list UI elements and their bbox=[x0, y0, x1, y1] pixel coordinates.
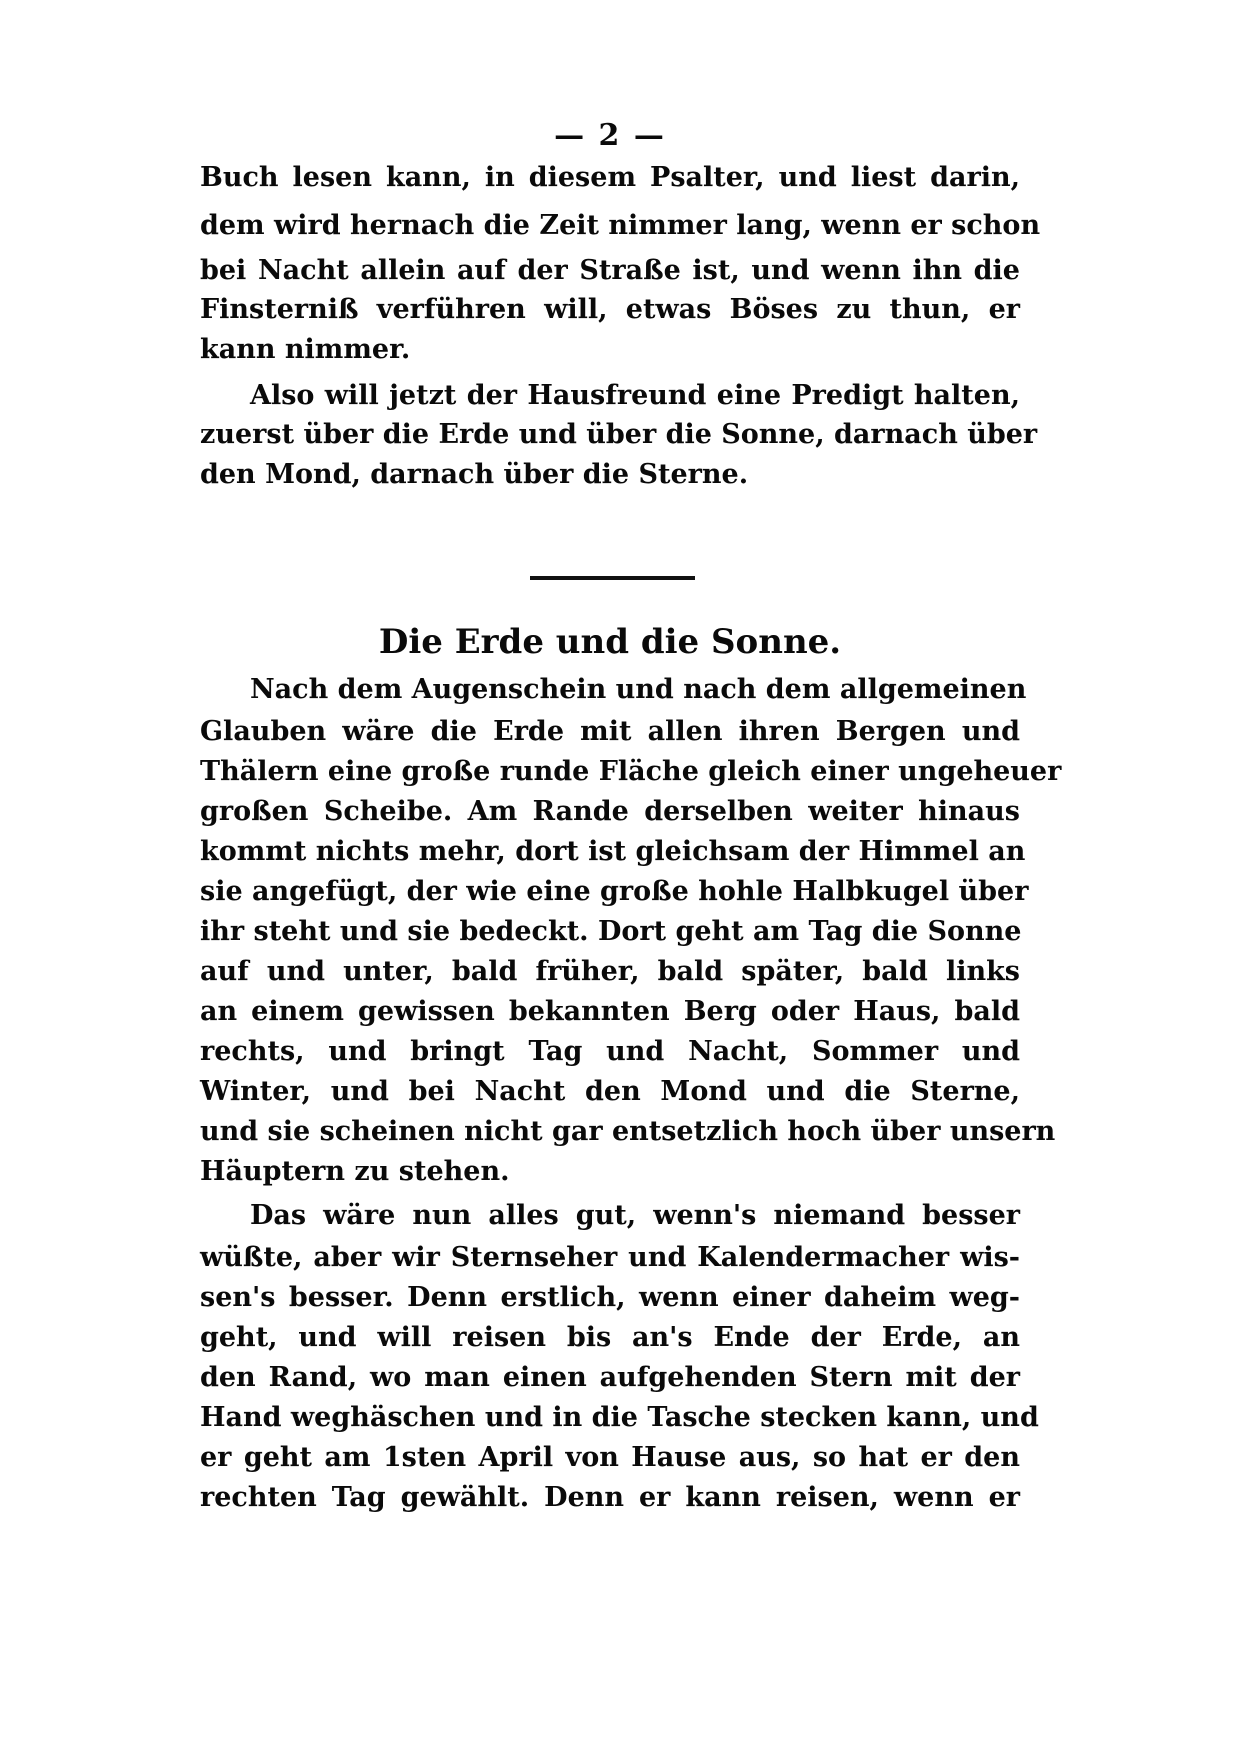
text-line: den Mond, darnach über die Sterne. bbox=[200, 455, 1020, 495]
text-line: Glauben wäre die Erde mit allen ihren Be… bbox=[200, 712, 1020, 752]
text-line: an einem gewissen bekannten Berg oder Ha… bbox=[200, 992, 1020, 1032]
text-line: Das wäre nun alles gut, wenn's niemand b… bbox=[200, 1196, 1020, 1236]
text-line: Finsterniß verführen will, etwas Böses z… bbox=[200, 290, 1020, 330]
text-line: kommt nichts mehr, dort ist gleichsam de… bbox=[200, 832, 1020, 872]
text-line: zuerst über die Erde und über die Sonne,… bbox=[200, 415, 1020, 455]
text-line: er geht am 1sten April von Hause aus, so… bbox=[200, 1438, 1020, 1478]
text-line: sen's besser. Denn erstlich, wenn einer … bbox=[200, 1278, 1020, 1318]
text-line: Winter, und bei Nacht den Mond und die S… bbox=[200, 1072, 1020, 1112]
text-line: geht, und will reisen bis an's Ende der … bbox=[200, 1318, 1020, 1358]
section-heading: Die Erde und die Sonne. bbox=[200, 620, 1020, 664]
section-separator bbox=[530, 576, 695, 580]
text-line: rechts, und bringt Tag und Nacht, Sommer… bbox=[200, 1032, 1020, 1072]
text-line: Häuptern zu stehen. bbox=[200, 1152, 1020, 1192]
text-line: Hand weghäschen und in die Tasche stecke… bbox=[200, 1398, 1020, 1438]
text-line: bei Nacht allein auf der Straße ist, und… bbox=[200, 251, 1020, 291]
page-number: — 2 — bbox=[200, 118, 1020, 153]
text-line: Buch lesen kann, in diesem Psalter, und … bbox=[200, 158, 1020, 198]
text-line: sie angefügt, der wie eine große hohle H… bbox=[200, 872, 1020, 912]
text-line: Also will jetzt der Hausfreund eine Pred… bbox=[200, 376, 1020, 416]
text-line: Thälern eine große runde Fläche gleich e… bbox=[200, 752, 1020, 792]
text-line: kann nimmer. bbox=[200, 330, 1020, 370]
text-line: ihr steht und sie bedeckt. Dort geht am … bbox=[200, 912, 1020, 952]
text-line: rechten Tag gewählt. Denn er kann reisen… bbox=[200, 1478, 1020, 1518]
text-line: und sie scheinen nicht gar entsetzlich h… bbox=[200, 1112, 1020, 1152]
text-line: großen Scheibe. Am Rande derselben weite… bbox=[200, 792, 1020, 832]
text-line: den Rand, wo man einen aufgehenden Stern… bbox=[200, 1358, 1020, 1398]
text-line: Nach dem Augenschein und nach dem allgem… bbox=[200, 670, 1020, 710]
text-line: wüßte, aber wir Sternseher und Kalenderm… bbox=[200, 1238, 1020, 1278]
text-line: auf und unter, bald früher, bald später,… bbox=[200, 952, 1020, 992]
text-line: dem wird hernach die Zeit nimmer lang, w… bbox=[200, 206, 1020, 246]
